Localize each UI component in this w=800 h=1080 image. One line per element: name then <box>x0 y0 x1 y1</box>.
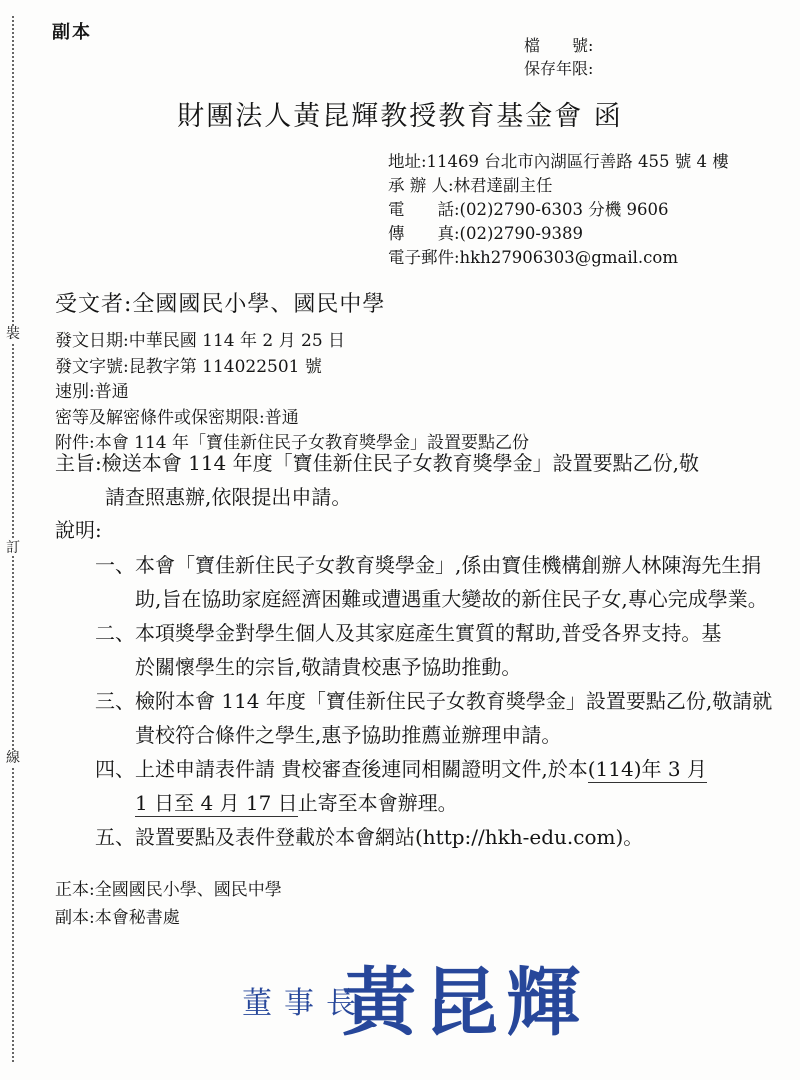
document-title: 財團法人黃昆輝教授教育基金會 函 <box>0 94 800 133</box>
item-3-line-1: 三、檢附本會 114 年度「寶佳新住民子女教育獎學金」設置要點乙份,敬請就 <box>95 684 772 718</box>
sender-contact-person: 承 辦 人:林君達副主任 <box>388 174 729 198</box>
item-4-line-2: 1 日至 4 月 17 日止寄至本會辦理。 <box>95 786 772 820</box>
subject-paragraph: 主旨:檢送本會 114 年度「寶佳新住民子女教育獎學金」設置要點乙份,敬 請查照… <box>55 446 699 514</box>
subject-line-2: 請查照惠辦,依限提出申請。 <box>55 480 699 514</box>
binding-mark-zhuang: 裝 <box>3 326 23 342</box>
security-level: 密等及解密條件或保密期限:普通 <box>55 406 529 432</box>
cc-copy: 副本:本會秘書處 <box>55 904 282 932</box>
binding-mark-xian: 線 <box>3 750 23 766</box>
explanation-items: 一、本會「寶佳新住民子女教育獎學金」,係由寶佳機構創辦人林陳海先生捐 助,旨在協… <box>95 548 772 854</box>
item-2-line-1: 二、本項獎學金對學生個人及其家庭產生實質的幫助,普受各界支持。基 <box>95 616 772 650</box>
item-2-line-2: 於關懷學生的宗旨,敬請貴校惠予協助推動。 <box>95 650 772 684</box>
sender-contact-block: 地址:11469 台北市內湖區行善路 455 號 4 樓 承 辦 人:林君達副主… <box>388 150 729 270</box>
file-number-label: 檔 號: <box>524 34 593 57</box>
item-4-line-1: 四、上述申請表件請 貴校審查後連同相關證明文件,於本(114)年 3 月 <box>95 752 772 786</box>
binding-dotted-line <box>12 16 14 1062</box>
cc-block: 正本:全國國民小學、國民中學 副本:本會秘書處 <box>55 876 282 932</box>
chairman-signature: 黃昆輝 <box>342 944 588 1050</box>
sender-fax: 傳 真:(02)2790-9389 <box>388 222 729 246</box>
explanation-label: 說明: <box>55 514 102 543</box>
item-4-line-2-underlined-date: 1 日至 4 月 17 日 <box>135 791 298 817</box>
issue-date: 發文日期:中華民國 114 年 2 月 25 日 <box>55 329 529 355</box>
sender-phone: 電 話:(02)2790-6303 分機 9606 <box>388 198 729 222</box>
file-meta-block: 檔 號: 保存年限: <box>524 34 593 80</box>
recipient-line: 受文者:全國國民小學、國民中學 <box>55 287 385 318</box>
sender-address: 地址:11469 台北市內湖區行善路 455 號 4 樓 <box>388 150 729 174</box>
item-4-line-1-text: 四、上述申請表件請 貴校審查後連同相關證明文件,於本 <box>95 757 588 781</box>
speed-level: 速別:普通 <box>55 380 529 406</box>
item-4-line-2-text: 止寄至本會辦理。 <box>298 791 458 815</box>
item-5-line-1: 五、設置要點及表件登載於本會網站(http://hkh-edu.com)。 <box>95 820 772 854</box>
item-1-line-1: 一、本會「寶佳新住民子女教育獎學金」,係由寶佳機構創辦人林陳海先生捐 <box>95 548 772 582</box>
item-4-line-1-underlined-date: (114)年 3 月 <box>588 757 707 783</box>
copy-label: 副本 <box>52 18 92 44</box>
item-3-line-2: 貴校符合條件之學生,惠予協助推薦並辦理申請。 <box>95 718 772 752</box>
cc-original: 正本:全國國民小學、國民中學 <box>55 876 282 904</box>
sender-email: 電子郵件:hkh27906303@gmail.com <box>388 246 729 270</box>
subject-line-1: 主旨:檢送本會 114 年度「寶佳新住民子女教育獎學金」設置要點乙份,敬 <box>55 446 699 480</box>
doc-number: 發文字號:昆教字第 114022501 號 <box>55 355 529 381</box>
document-meta-block: 發文日期:中華民國 114 年 2 月 25 日 發文字號:昆教字第 11402… <box>55 329 529 457</box>
retention-period-label: 保存年限: <box>524 57 593 80</box>
item-1-line-2: 助,旨在協助家庭經濟困難或遭遇重大變故的新住民子女,專心完成學業。 <box>95 582 772 616</box>
binding-mark-ding: 訂 <box>3 540 23 556</box>
